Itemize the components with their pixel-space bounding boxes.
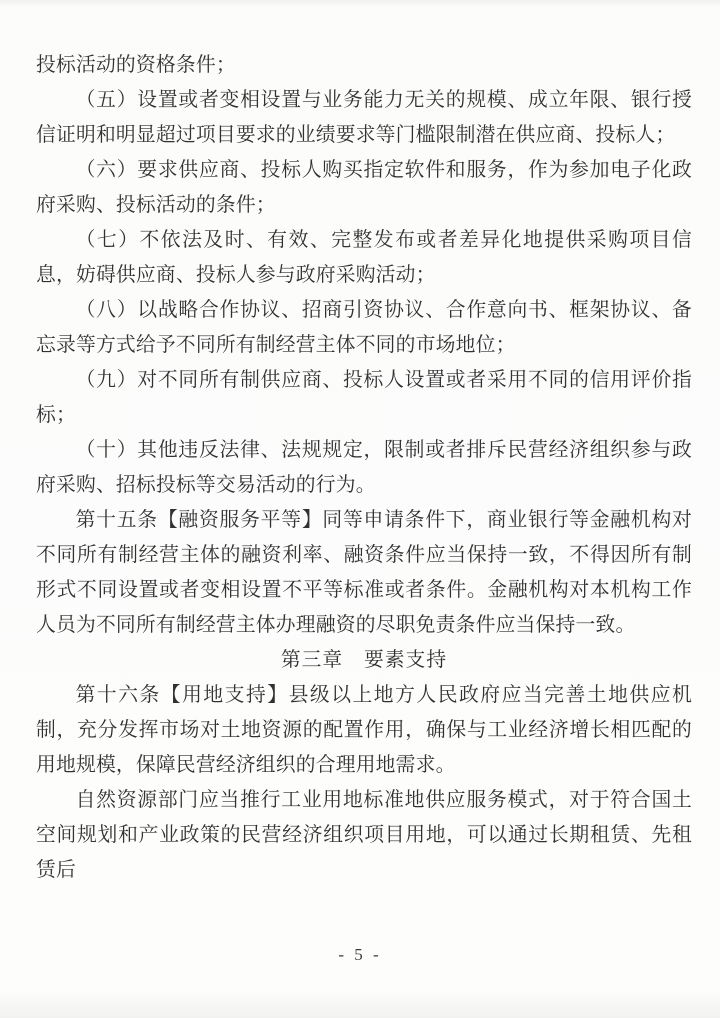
article-16-paragraph-2: 自然资源部门应当推行工业用地标准地供应服务模式，对于符合国土空间规划和产业政策的… <box>36 783 692 888</box>
document-body: 投标活动的资格条件； （五）设置或者变相设置与业务能力无关的规模、成立年限、银行… <box>36 48 692 888</box>
clause-item-5: （五）设置或者变相设置与业务能力无关的规模、成立年限、银行授信证明和明显超过项目… <box>36 83 692 153</box>
article-15-paragraph: 第十五条【融资服务平等】同等申请条件下，商业银行等金融机构对不同所有制经营主体的… <box>36 503 692 643</box>
clause-item-10: （十）其他违反法律、法规规定，限制或者排斥民营经济组织参与政府采购、招标投标等交… <box>36 433 692 503</box>
page-number: - 5 - <box>0 941 720 969</box>
clause-item-7: （七）不依法及时、有效、完整发布或者差异化地提供采购项目信息，妨碍供应商、投标人… <box>36 223 692 293</box>
clause-item-8: （八）以战略合作协议、招商引资协议、合作意向书、框架协议、备忘录等方式给予不同所… <box>36 293 692 363</box>
continuation-line: 投标活动的资格条件； <box>36 48 692 83</box>
document-page: 投标活动的资格条件； （五）设置或者变相设置与业务能力无关的规模、成立年限、银行… <box>0 0 720 1018</box>
clause-item-9: （九）对不同所有制供应商、投标人设置或者采用不同的信用评价指标； <box>36 363 692 433</box>
clause-item-6: （六）要求供应商、投标人购买指定软件和服务，作为参加电子化政府采购、投标活动的条… <box>36 153 692 223</box>
chapter-3-heading: 第三章 要素支持 <box>36 643 692 678</box>
article-16-paragraph-1: 第十六条【用地支持】县级以上地方人民政府应当完善土地供应机制，充分发挥市场对土地… <box>36 678 692 783</box>
